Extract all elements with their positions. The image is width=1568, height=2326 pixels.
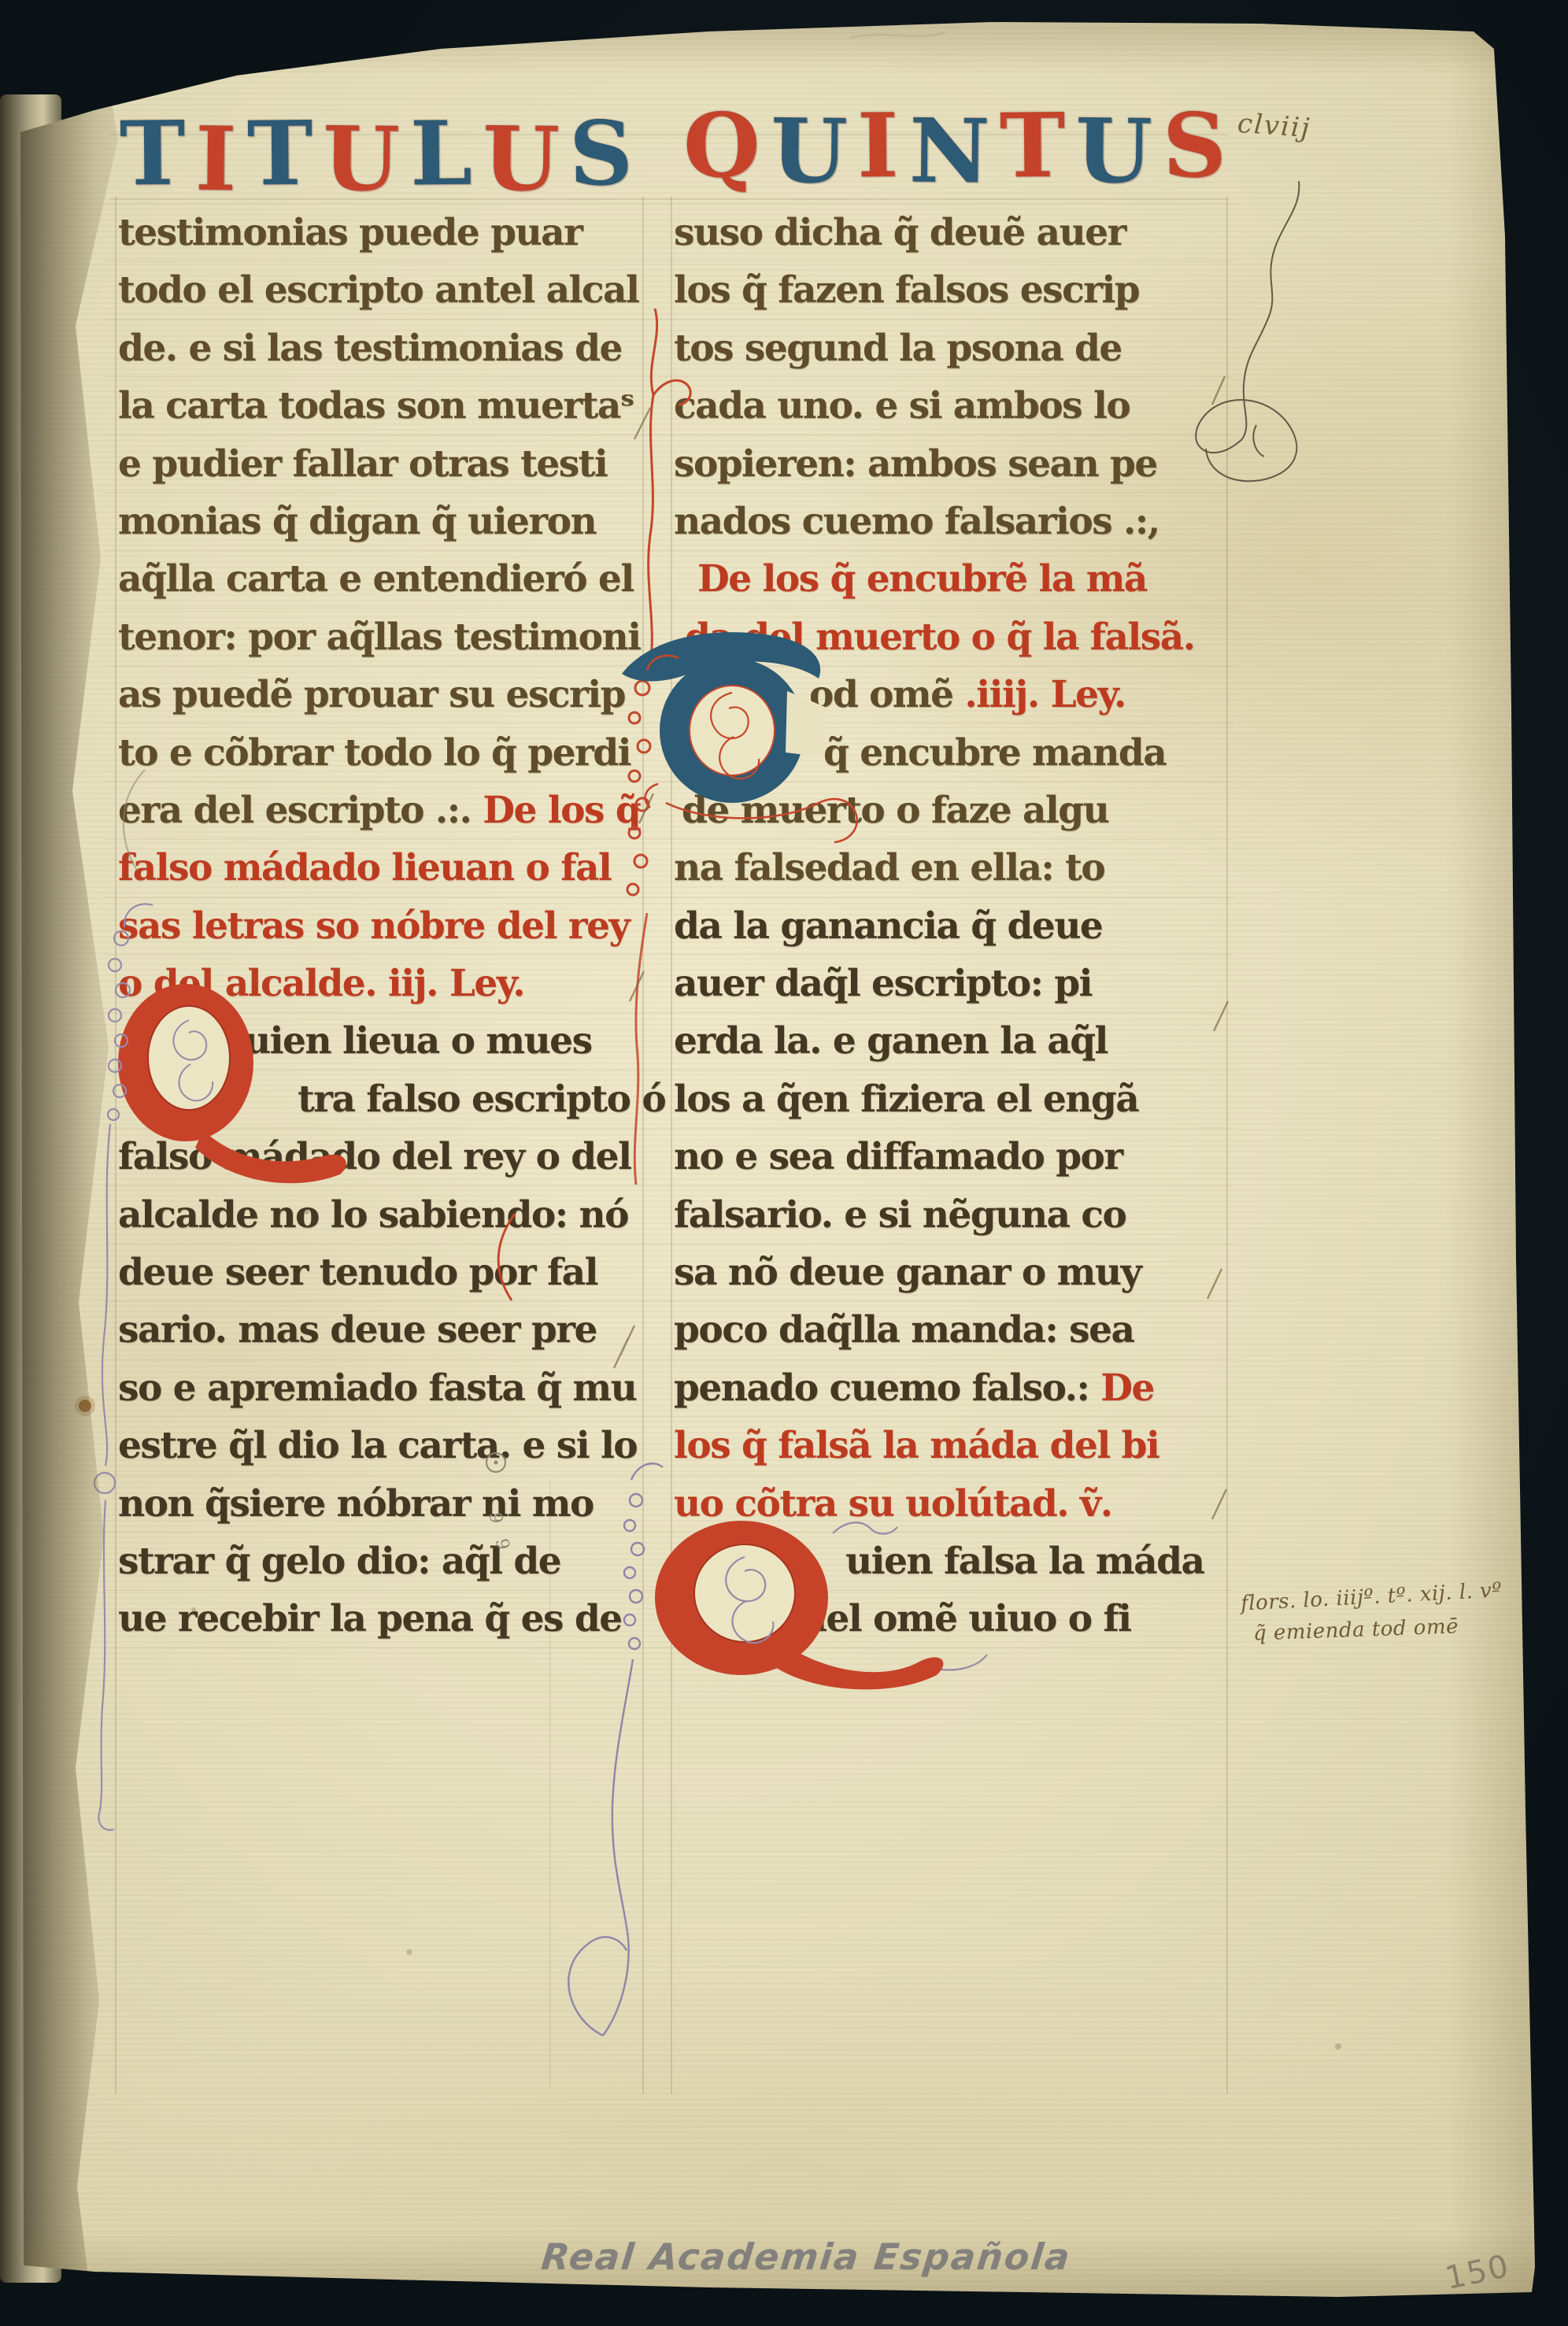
manuscript-text-line: e pudier fallar otras testi	[118, 439, 665, 497]
body-text: todo el escripto antel alcal	[118, 268, 638, 312]
body-text: era del escripto .:.	[118, 789, 483, 832]
body-text: od omẽ	[809, 673, 964, 716]
body-text: sopieren: ambos sean pe	[674, 442, 1157, 486]
body-text: testimonias puede puar	[118, 211, 582, 254]
body-text: de muerto o faze algu	[682, 789, 1108, 832]
manuscript-text-line: de muerto o faze algu	[674, 786, 1204, 843]
header-letter: I	[195, 116, 239, 205]
body-text: sario. mas deue seer pre	[118, 1308, 597, 1352]
body-text: uien falsa la máda	[845, 1540, 1204, 1583]
rubric-text: falso mádado lieuan o fal	[118, 846, 611, 889]
manuscript-text-line: los q̃ falsã la máda del bi	[674, 1421, 1204, 1478]
page-edge-shadow	[0, 2232, 1568, 2302]
body-text: suso dicha q̃ deuẽ auer	[674, 211, 1126, 254]
body-text: na falsedad en ella: to	[674, 846, 1104, 889]
rubric-text: o del alcalde. iij. Ley.	[118, 962, 524, 1005]
manuscript-text-line: na falsedad en ella: to	[674, 843, 1204, 900]
manuscript-text-line: tra falso escripto ó	[118, 1074, 665, 1132]
manuscript-text-line: auer daq̃l escripto: pi	[674, 959, 1204, 1016]
manuscript-text-line: cada uno. e si ambos lo	[674, 381, 1204, 438]
header-letter: L	[409, 110, 474, 199]
body-text: falsario. e si nẽguna co	[674, 1193, 1126, 1237]
body-text: sa nõ deue ganar o muy	[674, 1251, 1141, 1294]
manuscript-text-line: aq̃lla carta e entendieró el	[118, 554, 665, 612]
manuscript-text-line: estre q̃l dio la carta. e si lo	[118, 1421, 665, 1478]
body-text: poco daq̃lla manda: sea	[674, 1308, 1133, 1352]
manuscript-text-line: del omẽ uiuo o fi	[674, 1594, 1204, 1651]
body-text: e pudier fallar otras testi	[118, 442, 607, 486]
manuscript-text-line: no e sea diffamado por	[674, 1132, 1204, 1189]
rubric-text: De los q̃ encubrẽ la mã	[697, 557, 1147, 601]
body-text: as puedẽ prouar su escrip	[118, 673, 625, 716]
manuscript-text-line: o del alcalde. iij. Ley.	[118, 959, 665, 1016]
body-text: deue seer tenudo por fal	[118, 1251, 597, 1294]
manuscript-text-line: nados cuemo falsarios .:,	[674, 497, 1204, 554]
manuscript-text-line: penado cuemo falso.: De	[674, 1363, 1204, 1421]
body-text: falso mádado del rey o del	[118, 1135, 631, 1178]
body-text: strar q̃ gelo dio: aq̃l de	[118, 1540, 560, 1583]
manuscript-text-line: era del escripto .:. De los q̃	[118, 786, 665, 843]
manuscript-text-line: los q̃ fazen falsos escrip	[674, 265, 1204, 323]
body-text: non q̃siere nóbrar ni mo	[118, 1482, 594, 1525]
manuscript-text-line: alcalde no lo sabiendo: nó	[118, 1190, 665, 1248]
manuscript-text-line: da la ganancia q̃ deue	[674, 901, 1204, 959]
ruling-vertical	[115, 197, 116, 2094]
body-text: auer daq̃l escripto: pi	[674, 962, 1092, 1005]
header-letter: T	[1000, 102, 1067, 191]
rubric-text: da del muerto o q̃ la falsã.	[685, 616, 1195, 659]
manuscript-text-line: uo cõtra su uolútad. ṽ.	[674, 1479, 1204, 1536]
body-text: no e sea diffamado por	[674, 1135, 1122, 1178]
header-letter: U	[322, 115, 401, 204]
header-letter: U	[1075, 107, 1155, 196]
rubric-text: .iiij. Ley.	[964, 673, 1125, 716]
manuscript-text-line: tenor: por aq̃llas testimoni	[118, 612, 665, 670]
manuscript-text-line: non q̃siere nóbrar ni mo	[118, 1479, 665, 1536]
header-letter: N	[908, 107, 992, 196]
body-text: nados cuemo falsarios .:,	[674, 500, 1159, 543]
body-text: estre q̃l dio la carta. e si lo	[118, 1424, 637, 1467]
manuscript-text-line: los a q̃en fiziera el engã	[674, 1074, 1204, 1132]
manuscript-text-line: uien falsa la máda	[674, 1536, 1204, 1594]
text-column-left: testimonias puede puartodo el escripto a…	[118, 208, 665, 1652]
body-text: aq̃lla carta e entendieró el	[118, 557, 634, 601]
body-text: la carta todas son muertaˢ	[118, 384, 634, 427]
body-text: erda la. e ganen la aq̃l	[674, 1019, 1108, 1063]
body-text: los q̃ fazen falsos escrip	[674, 268, 1139, 312]
manuscript-text-line: q̃ encubre manda	[674, 728, 1204, 786]
header-letter: U	[482, 115, 561, 204]
ruling-vertical	[1226, 197, 1228, 2094]
manuscript-text-line: as puedẽ prouar su escrip	[118, 670, 665, 727]
manuscript-text-line: sopieren: ambos sean pe	[674, 439, 1204, 497]
body-text: monias q̃ digan q̃ uieron	[118, 500, 596, 543]
foliation-mark: clviij	[1237, 108, 1312, 144]
manuscript-text-line: monias q̃ digan q̃ uieron	[118, 497, 665, 554]
manuscript-text-line: poco daq̃lla manda: sea	[674, 1305, 1204, 1363]
manuscript-text-line: uien lieua o mues	[118, 1016, 665, 1074]
manuscript-text-line: deue seer tenudo por fal	[118, 1248, 665, 1305]
manuscript-text-line: to e cõbrar todo lo q̃ perdi	[118, 728, 665, 786]
manuscript-text-line: falso mádado lieuan o fal	[118, 843, 665, 900]
manuscript-text-line: suso dicha q̃ deuẽ auer	[674, 208, 1204, 265]
page-edge-shadow	[0, 19, 1568, 74]
body-text: ue recebir la pena q̃ es de	[118, 1597, 622, 1640]
manuscript-text-line: falso mádado del rey o del	[118, 1132, 665, 1189]
manuscript-text-line: sa nõ deue ganar o muy	[674, 1248, 1204, 1305]
manuscript-text-line: De los q̃ encubrẽ la mã	[674, 554, 1204, 612]
header-letter: I	[857, 102, 900, 190]
header-letter: T	[246, 110, 314, 199]
manuscript-text-line: ue recebir la pena q̃ es de	[118, 1594, 665, 1651]
manuscript-photo: TITULUS QUINTUS testimonias puede puarto…	[0, 0, 1568, 2326]
body-text: uien lieua o mues	[244, 1019, 592, 1063]
running-title-titulus: TITULUS	[120, 110, 634, 198]
body-text: alcalde no lo sabiendo: nó	[118, 1193, 628, 1237]
manuscript-text-line: falsario. e si nẽguna co	[674, 1190, 1204, 1248]
rubric-text: uo cõtra su uolútad. ṽ.	[674, 1482, 1112, 1525]
body-text: cada uno. e si ambos lo	[674, 384, 1130, 427]
rubric-text: sas letras so nóbre del rey	[118, 904, 629, 948]
header-letter: S	[569, 110, 635, 199]
text-column-right: suso dicha q̃ deuẽ auerlos q̃ fazen fals…	[674, 208, 1204, 1652]
page-edge-shadow	[1450, 0, 1537, 2326]
running-title-quintus: QUINTUS	[683, 102, 1228, 190]
rubric-text: De	[1100, 1366, 1154, 1410]
manuscript-text-line: la carta todas son muertaˢ	[118, 381, 665, 438]
manuscript-text-line: testimonias puede puar	[118, 208, 665, 265]
body-text: q̃ encubre manda	[823, 731, 1166, 775]
body-text: tos segund la psona de	[674, 327, 1122, 370]
rubric-text: De los q̃	[483, 789, 640, 832]
body-text: penado cuemo falso.:	[674, 1366, 1100, 1410]
manuscript-text-line: strar q̃ gelo dio: aq̃l de	[118, 1536, 665, 1594]
body-text: to e cõbrar todo lo q̃ perdi	[118, 731, 631, 775]
manuscript-text-line: de. e si las testimonias de	[118, 324, 665, 381]
manuscript-text-line: sas letras so nóbre del rey	[118, 901, 665, 959]
manuscript-text-line: todo el escripto antel alcal	[118, 265, 665, 323]
body-text: da la ganancia q̃ deue	[674, 904, 1102, 948]
header-letter: S	[1163, 102, 1229, 191]
manuscript-text-line: da del muerto o q̃ la falsã.	[674, 612, 1204, 670]
manuscript-text-line: so e apremiado fasta q̃ mu	[118, 1363, 665, 1421]
body-text: so e apremiado fasta q̃ mu	[118, 1366, 636, 1410]
manuscript-text-line: od omẽ .iiij. Ley.	[674, 670, 1204, 727]
body-text: los a q̃en fiziera el engã	[674, 1078, 1138, 1121]
manuscript-text-line: sario. mas deue seer pre	[118, 1305, 665, 1363]
header-letter: Q	[683, 102, 763, 191]
rubric-text: los q̃ falsã la máda del bi	[674, 1424, 1159, 1467]
body-text: del omẽ uiuo o fi	[801, 1597, 1131, 1640]
body-text: tra falso escripto ó	[298, 1078, 665, 1121]
header-letter: T	[120, 110, 187, 199]
manuscript-text-line: tos segund la psona de	[674, 324, 1204, 381]
manuscript-text-line: erda la. e ganen la aq̃l	[674, 1016, 1204, 1074]
parchment-page: TITULUS QUINTUS testimonias puede puarto…	[0, 0, 1568, 2326]
body-text: tenor: por aq̃llas testimoni	[118, 616, 641, 659]
body-text: de. e si las testimonias de	[118, 327, 622, 370]
header-letter: U	[770, 107, 849, 196]
ruling-vertical	[671, 197, 672, 2094]
